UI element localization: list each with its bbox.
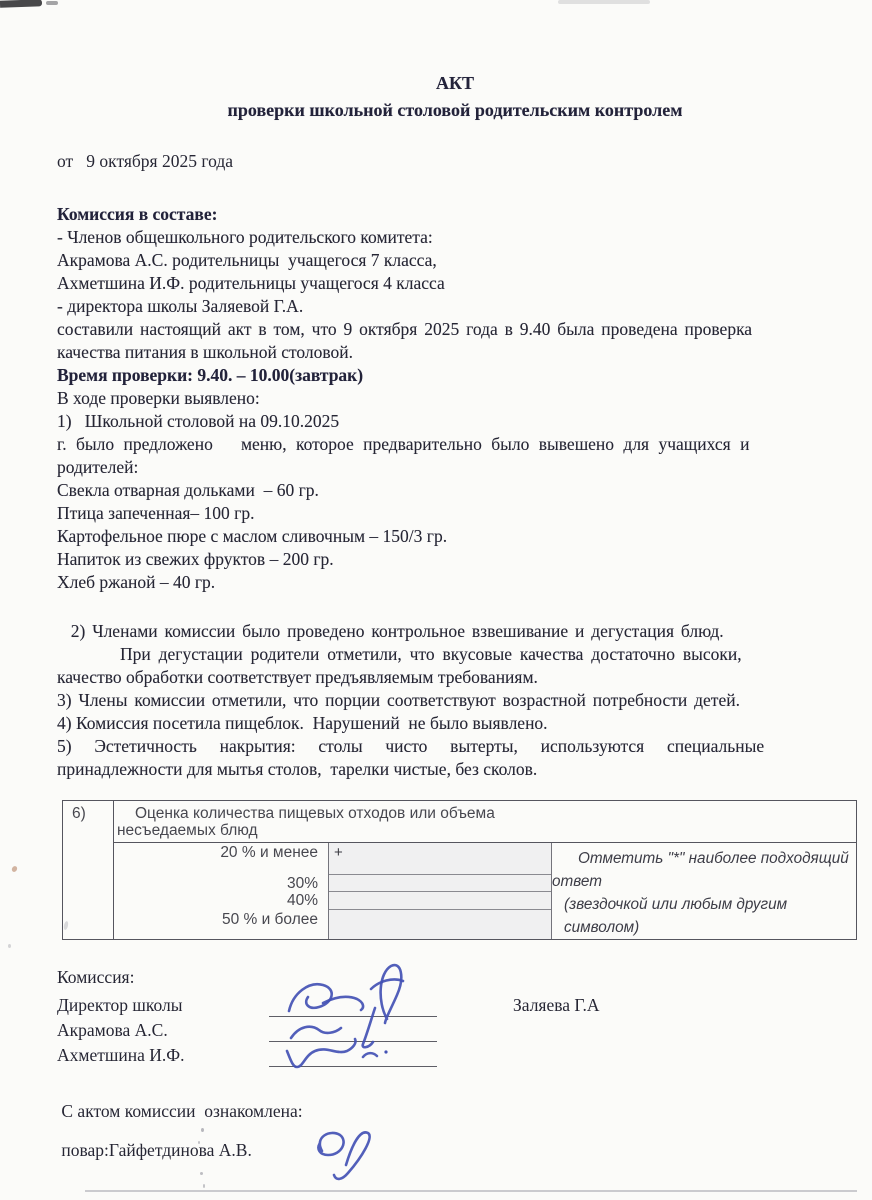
cook-line: повар:Гайфетдинова А.В.: [57, 1138, 252, 1162]
table-row-label: 20 % и менее: [114, 843, 328, 875]
table-row-label: 30%: [114, 875, 328, 892]
table-label-column: 20 % и менее 30% 40% 50 % и более: [114, 843, 328, 939]
body-line: качество обработки соответствует предъяв…: [57, 666, 853, 689]
table-header: Оценка количества пищевых отходов или об…: [114, 801, 856, 843]
commission-heading: Комиссия в составе:: [57, 203, 853, 226]
table-item-number: 6): [63, 801, 114, 939]
body-line: составили настоящий акт в том, что 9 окт…: [57, 318, 853, 341]
signature-row: Ахметшина И.Ф.: [57, 1042, 853, 1067]
acknowledgement-section: С актом комиссии ознакомлена: повар:Гайф…: [57, 1099, 853, 1177]
table-row-label: 40%: [114, 892, 328, 910]
table-note-line: ответ: [552, 870, 854, 893]
document-subtitle: проверки школьной столовой родительским …: [57, 97, 853, 124]
body-line: - Членов общешкольного родительского ком…: [57, 226, 853, 249]
body-line: 4) Комиссия посетила пищеблок. Нарушений…: [57, 712, 853, 735]
scan-speck: [11, 865, 18, 873]
body-line: родителей:: [57, 456, 853, 479]
body-line: 5) Эстетичность накрытия: столы чисто вы…: [57, 735, 853, 758]
cook-row: повар:Гайфетдинова А.В.: [57, 1123, 853, 1177]
signature-akhmetshina-ink: [283, 1037, 403, 1073]
body-line: При дегустации родители отметили, что вк…: [57, 643, 853, 666]
table-answer-column: +: [328, 843, 552, 939]
body-line: Ахметшина И.Ф. родительницы учащегося 4 …: [57, 272, 853, 295]
table-note: Отметить "*" наиболее подходящий ответ (…: [552, 843, 856, 939]
signature-label: Ахметшина И.Ф.: [57, 1044, 269, 1067]
scan-speck: [8, 944, 11, 948]
scan-edge-bottom-line: [85, 1190, 857, 1192]
signature-label: Директор школы: [57, 994, 269, 1017]
document-content: АКТ проверки школьной столовой родительс…: [57, 0, 853, 1177]
body-line: г. было предложено меню, которое предвар…: [57, 433, 853, 456]
date-line: от 9 октября 2025 года: [57, 150, 853, 173]
menu-item: Хлеб ржаной – 40 гр.: [57, 571, 853, 594]
body-line: - директора школы Заляевой Г.А.: [57, 295, 853, 318]
menu-item: Картофельное пюре с маслом сливочным – 1…: [57, 525, 853, 548]
body-line: 1) Школьной столовой на 09.10.2025: [57, 410, 853, 433]
answer-box-40-percent: [329, 892, 551, 910]
signature-section: Комиссия: Директор школы Заляева Г.А Акр…: [57, 966, 853, 1067]
assessment-table: 6) Оценка количества пищевых отходов или…: [62, 800, 857, 940]
title-block: АКТ проверки школьной столовой родительс…: [57, 70, 853, 124]
table-note-line: Отметить "*" наиболее подходящий: [552, 847, 854, 870]
ack-line: С актом комиссии ознакомлена:: [57, 1099, 853, 1123]
signature-line: [269, 1043, 437, 1067]
body-block-2: 2) Членами комиссии было проведено контр…: [57, 620, 853, 781]
table-note-line: (звездочкой или любым другим символом): [552, 893, 854, 939]
menu-item: Свекла отварная дольками – 60 гр.: [57, 479, 853, 502]
check-time-line: Время проверки: 9.40. – 10.00(завтрак): [57, 364, 853, 387]
body-block-1: Комиссия в составе: - Членов общешкольно…: [57, 203, 853, 594]
body-line: 3) Члены комиссии отметили, что порции с…: [57, 689, 853, 712]
document-title: АКТ: [57, 70, 853, 97]
signature-cook-ink: [298, 1127, 372, 1181]
signature-row: Акрамова А.С.: [57, 1017, 853, 1042]
signature-row: Директор школы Заляева Г.А: [57, 992, 853, 1017]
scan-speck: [203, 1184, 205, 1188]
menu-item: Птица запеченная– 100 гр.: [57, 502, 853, 525]
body-line: 2) Членами комиссии было проведено контр…: [57, 620, 853, 643]
menu-item: Напиток из свежих фруктов – 200 гр.: [57, 548, 853, 571]
scanned-document-page: АКТ проверки школьной столовой родительс…: [0, 0, 872, 1200]
answer-mark: +: [334, 844, 343, 861]
body-line: В ходе проверки выявлено:: [57, 387, 853, 410]
answer-box-50-percent: [329, 910, 551, 939]
answer-box-20-percent: +: [329, 843, 551, 875]
table-row-label: 50 % и более: [114, 910, 328, 932]
body-line: принадлежности для мытья столов, тарелки…: [57, 758, 853, 781]
signature-label: Акрамова А.С.: [57, 1019, 269, 1042]
signature-heading: Комиссия:: [57, 966, 853, 989]
body-line: качества питания в школьной столовой.: [57, 341, 853, 364]
signature-name: Заляева Г.А: [513, 994, 600, 1017]
body-line: Акрамова А.С. родительницы учащегося 7 к…: [57, 249, 853, 272]
scan-smudge-top-left: [0, 0, 42, 8]
answer-box-30-percent: [329, 875, 551, 892]
